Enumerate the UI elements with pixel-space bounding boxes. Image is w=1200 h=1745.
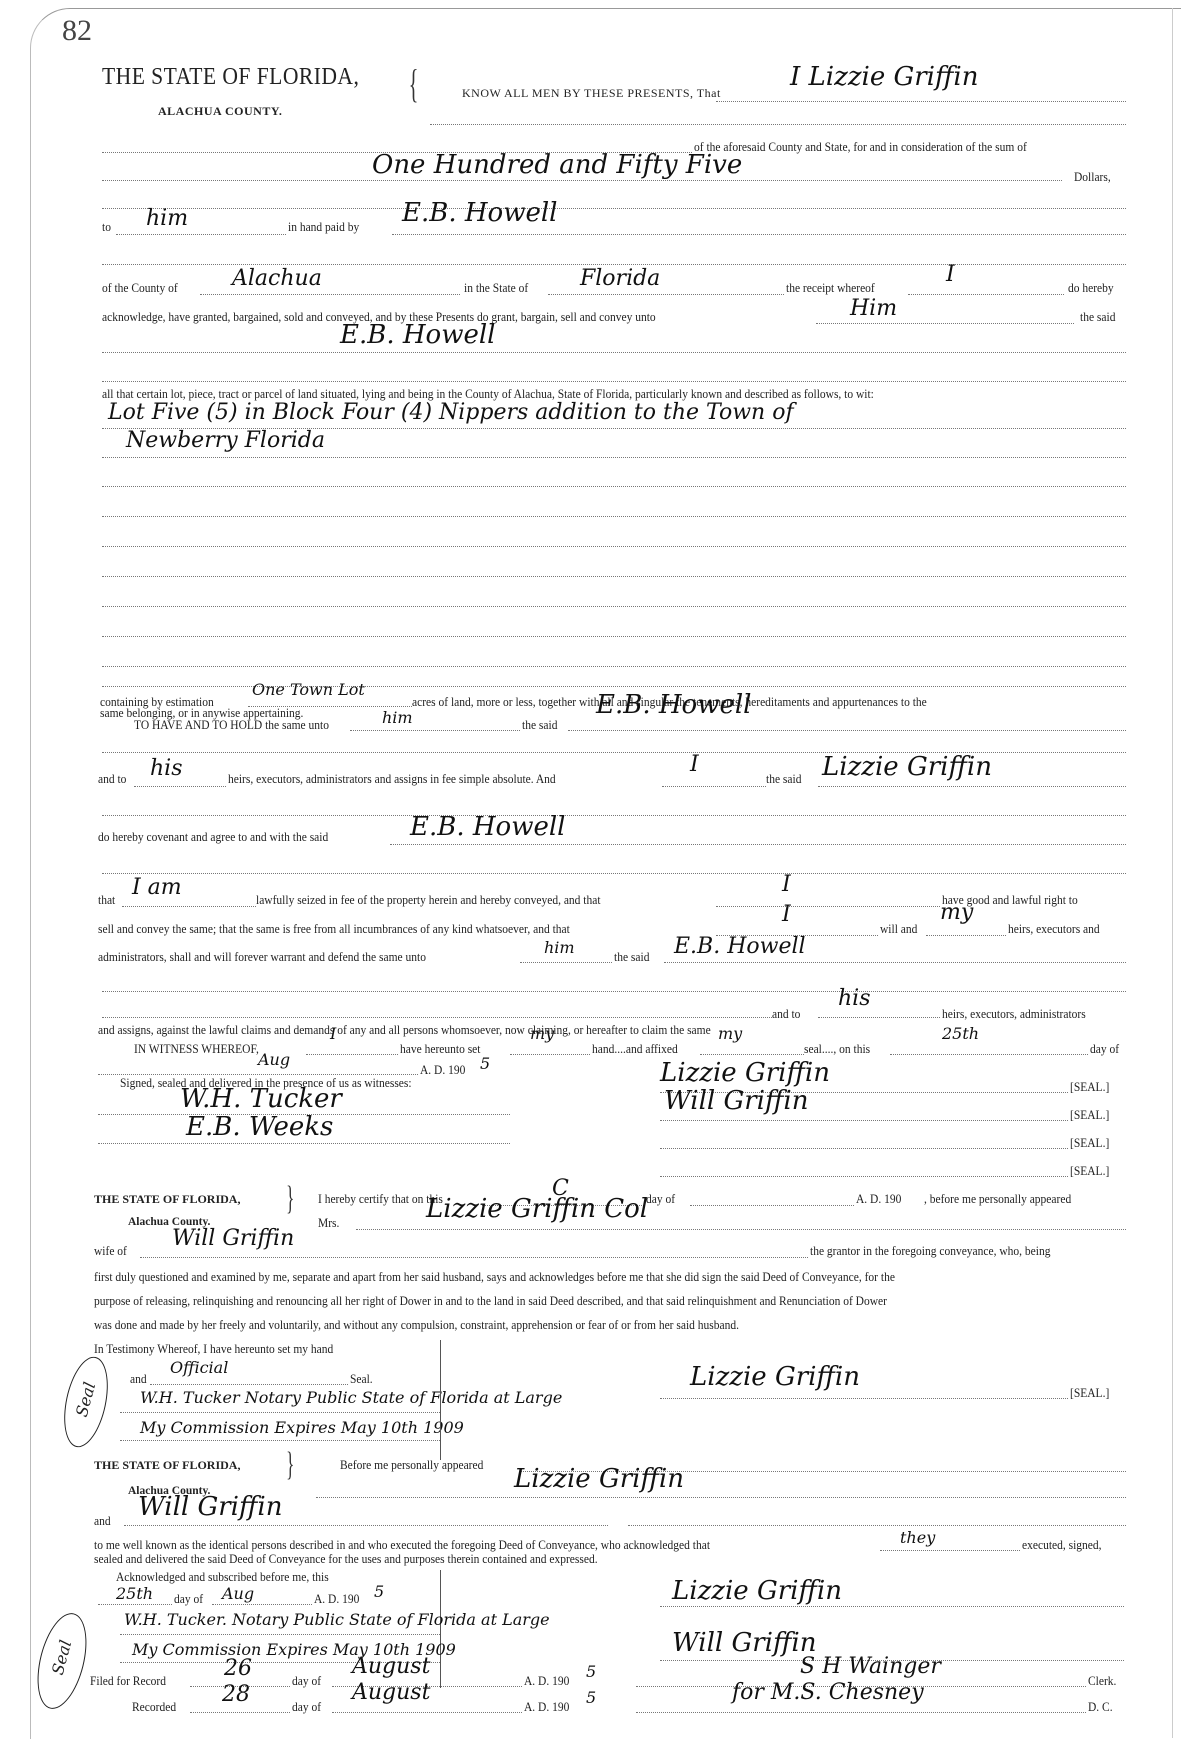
- month-line: [690, 1205, 854, 1206]
- brace-line: [440, 1340, 441, 1460]
- and-to-line: [818, 1017, 940, 1018]
- aforesaid-text: of the aforesaid County and State, for a…: [694, 140, 1027, 155]
- mrs-handwriting: Lizzie Griffin Col: [426, 1194, 648, 1224]
- paid-by-handwriting: E.B. Howell: [402, 198, 557, 228]
- ack-before-me-text: Before me personally appeared: [340, 1458, 483, 1473]
- and-line: [124, 1525, 608, 1526]
- rec-day-line: [190, 1712, 290, 1713]
- to-have-text: TO HAVE AND TO HOLD the same unto: [134, 718, 329, 733]
- lawfully-text: lawfully seized in fee of the property h…: [256, 893, 601, 908]
- witness-handwriting: I: [330, 1024, 336, 1043]
- notary-line: [120, 1412, 440, 1413]
- month-line: [98, 1074, 418, 1075]
- to-have-handwriting: him: [382, 708, 413, 727]
- day-handwriting: 25th: [942, 1024, 979, 1043]
- they-handwriting: they: [900, 1528, 935, 1547]
- appeared-handwriting: Lizzie Griffin: [514, 1464, 684, 1494]
- brace: }: [286, 1180, 294, 1218]
- wife-of-line: [140, 1257, 808, 1258]
- will-and-text: will and: [880, 922, 917, 937]
- heirs-exec-text: heirs, executors, administrators and ass…: [228, 772, 556, 787]
- and-text: and: [94, 1514, 111, 1529]
- to-have-said-handwriting: E.B. Howell: [596, 690, 751, 720]
- state-line: [548, 294, 784, 295]
- affixed-line: [700, 1054, 804, 1055]
- dower-commission-handwriting: My Commission Expires May 10th 1909: [140, 1418, 464, 1437]
- dollars-text: Dollars,: [1074, 170, 1111, 185]
- description-line: [102, 546, 1126, 547]
- mrs-text: Mrs.: [318, 1216, 339, 1231]
- the-said-text: the said: [522, 718, 557, 733]
- the-said-text: the said: [614, 950, 649, 965]
- covenant-handwriting: E.B. Howell: [410, 812, 565, 842]
- to-handwriting: him: [146, 206, 188, 231]
- dower-notary-handwriting: W.H. Tucker Notary Public State of Flori…: [140, 1388, 562, 1407]
- filed-text: Filed for Record: [90, 1674, 166, 1689]
- description-line: [102, 576, 1126, 577]
- ack-line-2: sealed and delivered the said Deed of Co…: [94, 1552, 598, 1567]
- blank-line: [102, 815, 1126, 816]
- the-said-text: the said: [1080, 310, 1115, 325]
- dc-line: [636, 1712, 1086, 1713]
- and-to-handwriting: his: [150, 756, 183, 781]
- rec-day-of-text: day of: [292, 1700, 321, 1715]
- grantor-line: [716, 101, 1126, 102]
- admin-line: [520, 962, 612, 963]
- dc-handwriting: for M.S. Chesney: [732, 1680, 924, 1705]
- state-heading: THE STATE OF FLORIDA,: [102, 64, 359, 91]
- covenant-line: [390, 844, 1126, 845]
- ack-state: THE STATE OF FLORIDA,: [94, 1458, 240, 1473]
- rec-year-handwriting: 5: [586, 1688, 596, 1707]
- signature-line-4: [660, 1176, 1068, 1177]
- county-of-text: of the County of: [102, 281, 178, 296]
- dower-signature: Lizzie Griffin: [690, 1362, 860, 1392]
- affixed-handwriting: my: [718, 1024, 742, 1043]
- ack-line-1: to me well known as the identical person…: [94, 1538, 710, 1553]
- description-line: [102, 666, 1126, 667]
- witness-2-signature: E.B. Weeks: [186, 1112, 333, 1142]
- dower-line-2: purpose of releasing, relinquishing and …: [94, 1294, 887, 1309]
- dower-state: THE STATE OF FLORIDA,: [94, 1192, 240, 1207]
- day-line: [890, 1054, 1088, 1055]
- blank-line: [102, 991, 1126, 992]
- and-assigns-text: and assigns, against the lawful claims a…: [98, 1023, 711, 1038]
- ack-signature-1: Lizzie Griffin: [672, 1576, 842, 1606]
- dower-signature-line: [660, 1398, 1068, 1399]
- day-of-text: day of: [1090, 1042, 1119, 1057]
- in-state-of-text: in the State of: [464, 281, 528, 296]
- ack-day-handwriting: 25th: [116, 1584, 153, 1603]
- witness-2-line: [98, 1143, 510, 1144]
- ack-day-line: [98, 1604, 172, 1605]
- ack-notary-handwriting: W.H. Tucker. Notary Public State of Flor…: [124, 1610, 550, 1629]
- blank-line: [102, 873, 1126, 874]
- paid-by-line: [392, 234, 1126, 235]
- official-handwriting: Official: [170, 1358, 228, 1377]
- signature-2: Will Griffin: [664, 1086, 808, 1116]
- know-all-label: KNOW ALL MEN BY THESE PRESENTS, That: [462, 86, 721, 101]
- convey-unto-line: [816, 323, 1074, 324]
- sum-line: [102, 180, 1062, 181]
- witness-text: IN WITNESS WHEREOF,: [134, 1042, 259, 1057]
- description-line: [102, 636, 1126, 637]
- to-have-line: [350, 730, 520, 731]
- grantor-line-2: [430, 124, 1126, 125]
- that-text: that: [98, 893, 115, 908]
- ack-year-handwriting: 5: [374, 1582, 384, 1601]
- heirs-exec-and-text: heirs, executors and: [1008, 922, 1100, 937]
- wife-of-handwriting: Will Griffin: [172, 1226, 294, 1251]
- witness-line: [306, 1054, 398, 1055]
- page-number: 82: [62, 14, 92, 48]
- admin-handwriting: him: [544, 938, 575, 957]
- county-line: [200, 294, 460, 295]
- will-and-handwriting: my: [940, 900, 973, 925]
- certify-text: I hereby certify that on this: [318, 1192, 443, 1207]
- county-handwriting: Alachua: [232, 266, 322, 291]
- seal-text: Seal.: [350, 1372, 373, 1387]
- ad-year-text: A. D. 190: [420, 1063, 465, 1078]
- seal-label-3: [SEAL.]: [1070, 1136, 1109, 1151]
- ack-ad-text: A. D. 190: [314, 1592, 359, 1607]
- brace: }: [286, 1446, 294, 1484]
- signature-line-2: [660, 1120, 1068, 1121]
- ack-notary-line: [120, 1634, 440, 1635]
- ack-signature-2: Will Griffin: [672, 1628, 816, 1658]
- filed-year-handwriting: 5: [586, 1662, 596, 1681]
- brace: {: [409, 60, 419, 107]
- state-handwriting: Florida: [580, 266, 660, 291]
- acknowledged-text: Acknowledged and subscribed before me, t…: [116, 1570, 329, 1585]
- to-have-said-line: [568, 730, 1126, 731]
- receipt-line: [908, 294, 1064, 295]
- and-to-handwriting: his: [838, 986, 871, 1011]
- receipt-handwriting: I: [946, 262, 955, 287]
- description-handwriting-1: Lot Five (5) in Block Four (4) Nippers a…: [108, 400, 794, 425]
- grantor-text: the grantor in the foregoing conveyance,…: [810, 1244, 1050, 1259]
- testimony-text: In Testimony Whereof, I have hereunto se…: [94, 1342, 333, 1357]
- description-line: [102, 606, 1126, 607]
- hand-affixed-text: hand....and affixed: [592, 1042, 678, 1057]
- appeared-line-2: [316, 1497, 1126, 1498]
- that-line: [122, 906, 256, 907]
- day-of-text: day of: [646, 1192, 675, 1207]
- seal-label-4: [SEAL.]: [1070, 1164, 1109, 1179]
- rec-day-handwriting: 28: [222, 1682, 250, 1707]
- will-and-line: [926, 935, 1006, 936]
- signature-line-3: [660, 1148, 1068, 1149]
- the-said-handwriting: Lizzie Griffin: [822, 752, 992, 782]
- set-handwriting: my: [530, 1024, 554, 1043]
- description-handwriting-2: Newberry Florida: [126, 428, 325, 453]
- in-hand-paid-text: in hand paid by: [288, 220, 359, 235]
- grantee-line: [102, 352, 1126, 353]
- lawfully-line: [716, 906, 940, 907]
- rec-ad-text: A. D. 190: [524, 1700, 569, 1715]
- the-said-line: [818, 786, 1126, 787]
- mrs-line: [356, 1229, 1126, 1230]
- administrators-text: administrators, shall and will forever w…: [98, 950, 426, 965]
- seal-on-this-text: seal...., on this: [804, 1042, 870, 1057]
- and-to-text: and to: [772, 1007, 800, 1022]
- sum-handwriting: One Hundred and Fifty Five: [372, 150, 742, 180]
- filed-day-handwriting: 26: [224, 1656, 252, 1681]
- rec-month-line: [332, 1712, 522, 1713]
- ack-month-handwriting: Aug: [222, 1584, 254, 1603]
- dower-seal-label: [SEAL.]: [1070, 1386, 1109, 1401]
- description-line: [102, 486, 1126, 487]
- and-line: [662, 786, 766, 787]
- commission-line: [120, 1440, 440, 1441]
- set-line: [510, 1054, 590, 1055]
- sell-convey-text: sell and convey the same; that the same …: [98, 922, 570, 937]
- official-line: [150, 1384, 348, 1385]
- have-hereunto-text: have hereunto set: [400, 1042, 480, 1057]
- ack-month-line: [212, 1604, 312, 1605]
- dower-line-3: was done and made by her freely and volu…: [94, 1318, 739, 1333]
- the-said-text: the said: [766, 772, 801, 787]
- grantor-handwriting: I Lizzie Griffin: [790, 62, 978, 92]
- recorded-text: Recorded: [132, 1700, 176, 1715]
- brace-line: [440, 1570, 441, 1688]
- convey-unto-handwriting: Him: [850, 296, 897, 321]
- filed-month-handwriting: August: [352, 1654, 430, 1679]
- blank-line: [102, 264, 1126, 265]
- seal-label-1: [SEAL.]: [1070, 1080, 1109, 1095]
- ack-day-of-text: day of: [174, 1592, 203, 1607]
- witness-1-signature: W.H. Tucker: [180, 1084, 342, 1114]
- ad-text: A. D. 190: [856, 1192, 901, 1207]
- filed-day-of-text: day of: [292, 1674, 321, 1689]
- dower-line-1: first duly questioned and examined by me…: [94, 1270, 895, 1285]
- receipt-whereof-text: the receipt whereof: [786, 281, 875, 296]
- blank-line: [102, 1017, 772, 1018]
- blank-line: [102, 381, 1126, 382]
- grantee-handwriting: E.B. Howell: [340, 320, 495, 350]
- and-line-2: [628, 1525, 1126, 1526]
- the-said-line: [664, 962, 1126, 963]
- and-to-line: [134, 786, 226, 787]
- description-line: [102, 457, 1126, 458]
- the-said-handwriting: E.B. Howell: [674, 934, 806, 959]
- county-heading: ALACHUA COUNTY.: [158, 104, 282, 119]
- executed-text: executed, signed,: [1022, 1538, 1102, 1553]
- month-handwriting: Aug: [258, 1050, 290, 1069]
- and-handwriting: I: [690, 752, 699, 777]
- and-text: and: [130, 1372, 147, 1387]
- blank-line: [102, 208, 1126, 209]
- filed-ad-text: A. D. 190: [524, 1674, 569, 1689]
- dc-text: D. C.: [1088, 1700, 1113, 1715]
- sell-handwriting: I: [782, 902, 791, 927]
- page-edge: [1172, 8, 1173, 1738]
- lawfully-handwriting: I: [782, 872, 791, 897]
- ack-signature-line-1: [660, 1606, 1124, 1607]
- rec-month-handwriting: August: [352, 1680, 430, 1705]
- covenant-text: do hereby covenant and agree to and with…: [98, 830, 328, 845]
- heirs-exec-admin-text: heirs, executors, administrators: [942, 1007, 1086, 1022]
- acres-handwriting: One Town Lot: [252, 680, 365, 699]
- description-line: [102, 516, 1126, 517]
- and-to-text: and to: [98, 772, 126, 787]
- do-hereby-text: do hereby: [1068, 281, 1114, 296]
- before-me-text: , before me personally appeared: [924, 1192, 1071, 1207]
- signature-1: Lizzie Griffin: [660, 1058, 830, 1088]
- clerk-text: Clerk.: [1088, 1674, 1116, 1689]
- wife-of-text: wife of: [94, 1244, 127, 1259]
- seal-label-2: [SEAL.]: [1070, 1108, 1109, 1123]
- they-line: [880, 1550, 1020, 1551]
- and-handwriting: Will Griffin: [138, 1492, 282, 1522]
- clerk-handwriting: S H Wainger: [800, 1654, 941, 1679]
- to-text: to: [102, 220, 111, 235]
- that-handwriting: I am: [132, 875, 182, 900]
- year-handwriting: 5: [480, 1054, 490, 1073]
- to-line: [116, 234, 286, 235]
